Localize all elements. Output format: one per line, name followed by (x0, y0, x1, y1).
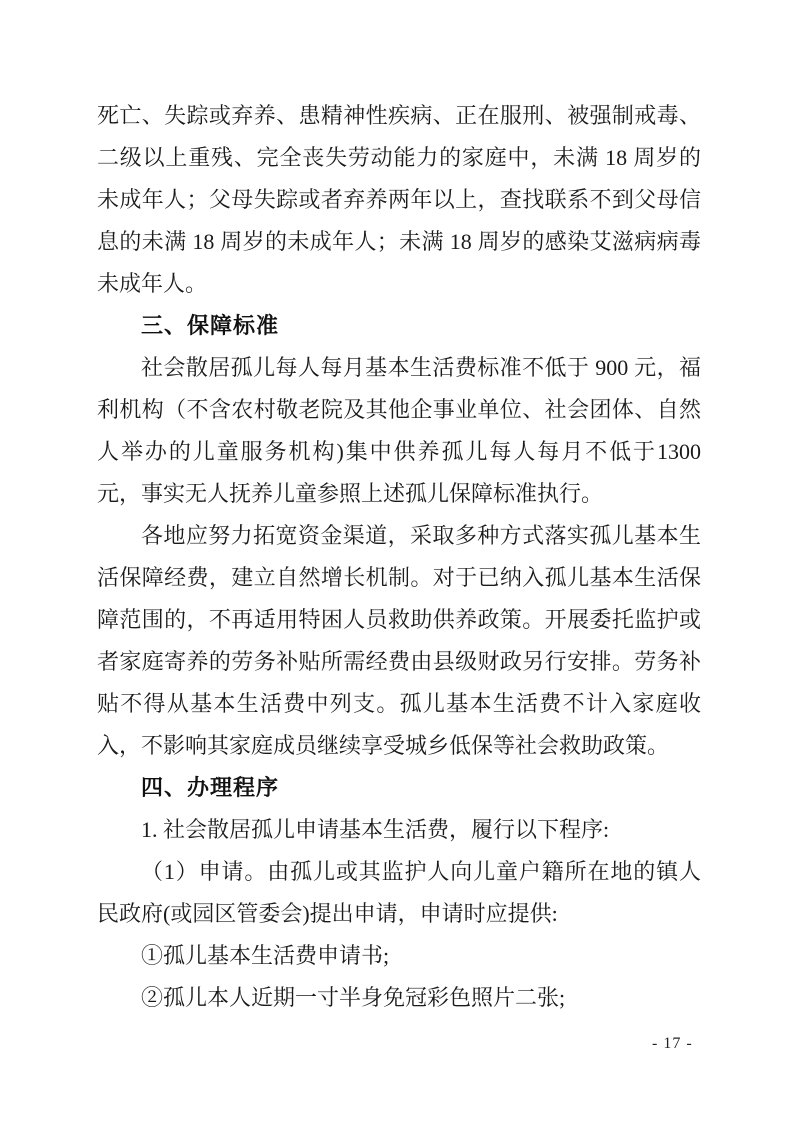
paragraph-funding-channels: 各地应努力拓宽资金渠道，采取多种方式落实孤儿基本生活保障经费，建立自然增长机制。… (97, 515, 701, 767)
paragraph-procedure-intro: 1. 社会散居孤儿申请基本生活费，履行以下程序: (97, 809, 701, 851)
paragraph-item-application-form: ①孤儿基本生活费申请书; (97, 935, 701, 977)
paragraph-item-photos: ②孤儿本人近期一寸半身免冠彩色照片二张; (97, 977, 701, 1019)
paragraph-standard-amounts: 社会散居孤儿每人每月基本生活费标准不低于 900 元，福利机构（不含农村敬老院及… (97, 347, 701, 515)
document-content: 死亡、失踪或弃养、患精神性疾病、正在服刑、被强制戒毒、二级以上重残、完全丧失劳动… (97, 95, 701, 1019)
section-heading-procedure: 四、办理程序 (97, 767, 701, 809)
section-heading-guarantee-standard: 三、保障标准 (97, 305, 701, 347)
page-number: - 17 - (652, 1033, 693, 1055)
paragraph-application-step: （1）申请。由孤儿或其监护人向儿童户籍所在地的镇人民政府(或园区管委会)提出申请… (97, 851, 701, 935)
paragraph-eligibility-continued: 死亡、失踪或弃养、患精神性疾病、正在服刑、被强制戒毒、二级以上重残、完全丧失劳动… (97, 95, 701, 305)
document-page: 死亡、失踪或弃养、患精神性疾病、正在服刑、被强制戒毒、二级以上重残、完全丧失劳动… (0, 0, 793, 1122)
